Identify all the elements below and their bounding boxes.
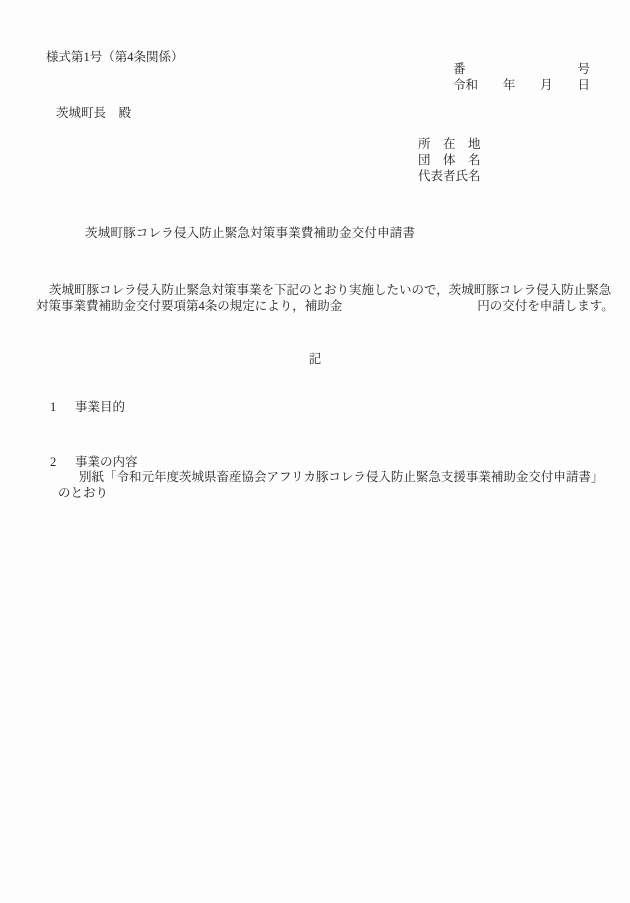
addressee: 茨城町長 殿 — [56, 106, 131, 121]
body-line-1: 茨城町豚コレラ侵入防止緊急対策事業を下記のとおり実施したいので，茨城町豚コレラ侵… — [36, 283, 616, 299]
section-2-title: 事業の内容 — [75, 455, 138, 469]
body-line-2-after-amount: 円の交付を申請します。 — [477, 299, 614, 313]
body-paragraph: 茨城町豚コレラ侵入防止緊急対策事業を下記のとおり実施したいので，茨城町豚コレラ侵… — [36, 283, 616, 314]
date-line: 令和 年 月 日 — [453, 78, 590, 93]
document-page: 様式第1号（第4条関係） 番 号 令和 年 月 日 茨城町長 殿 所 在 地 団… — [0, 0, 630, 903]
body-line-2-before-amount: 対策事業費補助金交付要項第4条の規定により，補助金 — [36, 299, 342, 313]
date-month-label: 月 — [540, 78, 553, 93]
section-1-heading: 1事業目的 — [50, 400, 125, 415]
sender-address-label: 所 在 地 — [418, 137, 481, 153]
sender-organization-label: 団 体 名 — [418, 153, 481, 169]
body-line-2: 対策事業費補助金交付要項第4条の規定により，補助金円の交付を申請します。 — [36, 299, 616, 315]
date-day-label: 日 — [577, 78, 590, 93]
date-era-label: 令和 — [453, 78, 478, 93]
section-2-number: 2 — [50, 455, 75, 470]
form-number: 様式第1号（第4条関係） — [46, 50, 184, 65]
section-2-body-line-1: 別紙「令和元年度茨城県畜産協会アフリカ豚コレラ侵入防止緊急支援事業補助金交付申請… — [79, 470, 603, 485]
section-1-title: 事業目的 — [75, 400, 125, 414]
section-1-number: 1 — [50, 400, 75, 415]
document-title: 茨城町豚コレラ侵入防止緊急対策事業費補助金交付申請書 — [85, 226, 415, 241]
document-number-suffix: 号 — [577, 62, 590, 77]
document-number-prefix: 番 — [453, 62, 466, 77]
sender-representative-label: 代表者氏名 — [418, 169, 481, 185]
date-year-label: 年 — [503, 78, 516, 93]
record-marker: 記 — [0, 352, 630, 367]
document-number-line: 番 号 — [453, 62, 590, 77]
section-2-body-line-2: のとおり — [58, 486, 108, 501]
sender-block: 所 在 地 団 体 名 代表者氏名 — [418, 137, 481, 184]
section-2-heading: 2事業の内容 — [50, 455, 138, 470]
subsidy-amount-blank — [342, 309, 477, 310]
